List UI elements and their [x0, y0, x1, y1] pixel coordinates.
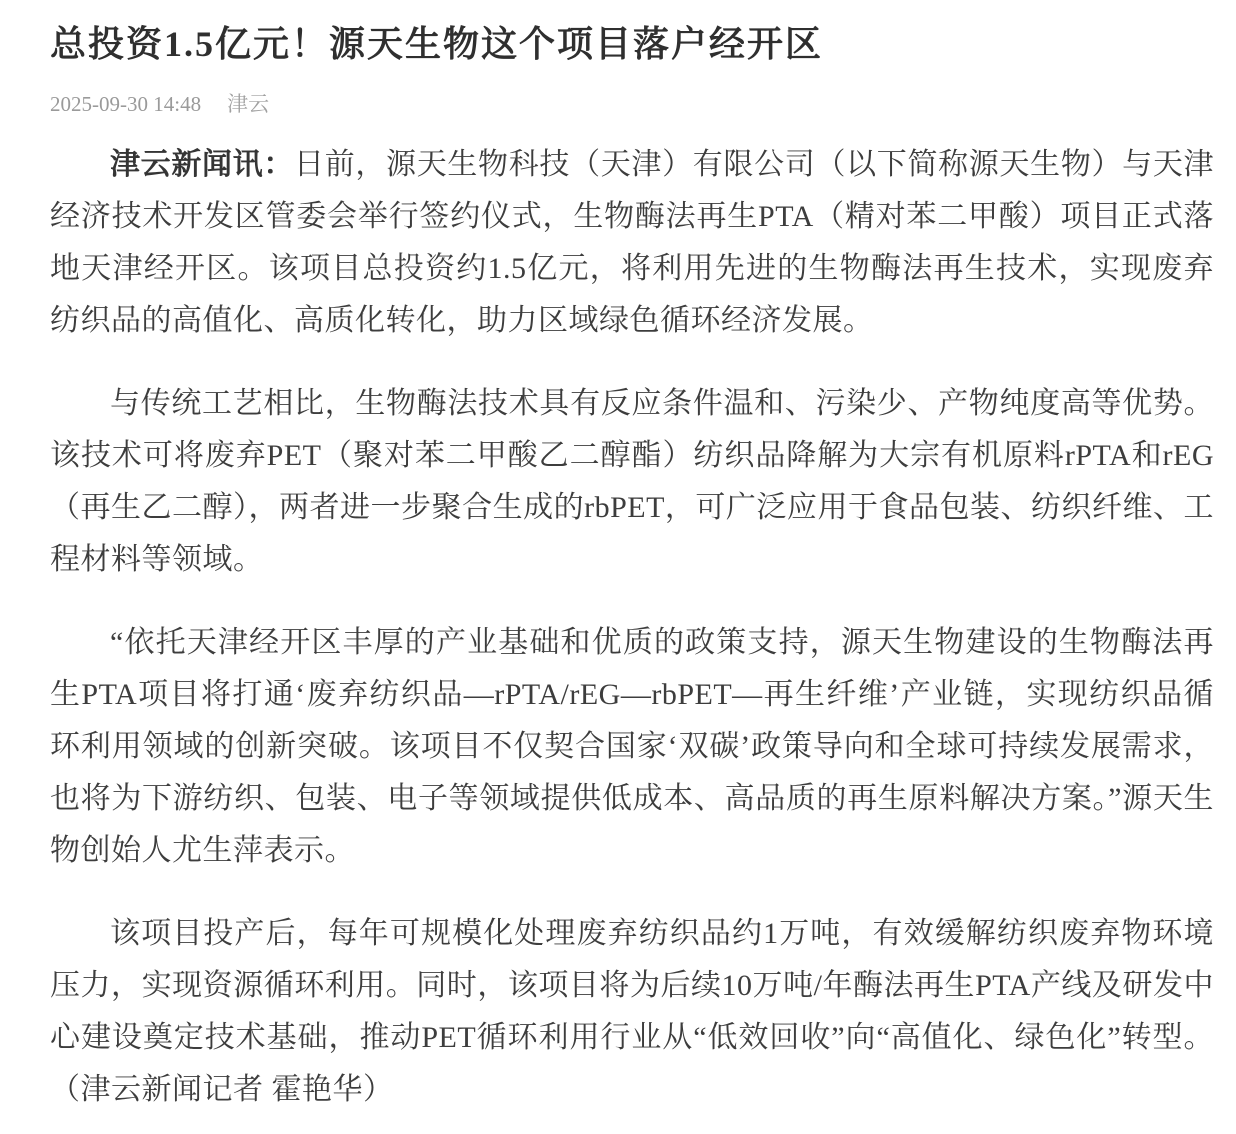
article-page: 总投资1.5亿元！源天生物这个项目落户经开区 2025-09-30 14:48津… [0, 0, 1236, 1134]
paragraph-3: “依托天津经开区丰厚的产业基础和优质的政策支持，源天生物建设的生物酶法再生PTA… [50, 617, 1214, 877]
paragraph-1-lead: 津云新闻讯： [110, 148, 294, 181]
paragraph-2-text: 与传统工艺相比，生物酶法技术具有反应条件温和、污染少、产物纯度高等优势。该技术可… [50, 387, 1214, 576]
paragraph-1: 津云新闻讯：日前，源天生物科技（天津）有限公司（以下简称源天生物）与天津经济技术… [50, 139, 1214, 347]
article-meta: 2025-09-30 14:48津云 [50, 92, 1214, 117]
paragraph-4-text: 该项目投产后，每年可规模化处理废弃纺织品约1万吨，有效缓解纺织废弃物环境压力，实… [50, 917, 1214, 1106]
article-body: 津云新闻讯：日前，源天生物科技（天津）有限公司（以下简称源天生物）与天津经济技术… [50, 139, 1214, 1116]
paragraph-4: 该项目投产后，每年可规模化处理废弃纺织品约1万吨，有效缓解纺织废弃物环境压力，实… [50, 908, 1214, 1116]
source-label: 津云 [227, 92, 269, 116]
paragraph-2: 与传统工艺相比，生物酶法技术具有反应条件温和、污染少、产物纯度高等优势。该技术可… [50, 378, 1214, 586]
paragraph-3-text: “依托天津经开区丰厚的产业基础和优质的政策支持，源天生物建设的生物酶法再生PTA… [50, 626, 1214, 867]
article-title: 总投资1.5亿元！源天生物这个项目落户经开区 [50, 20, 1214, 68]
publish-datetime: 2025-09-30 14:48 [50, 92, 201, 116]
